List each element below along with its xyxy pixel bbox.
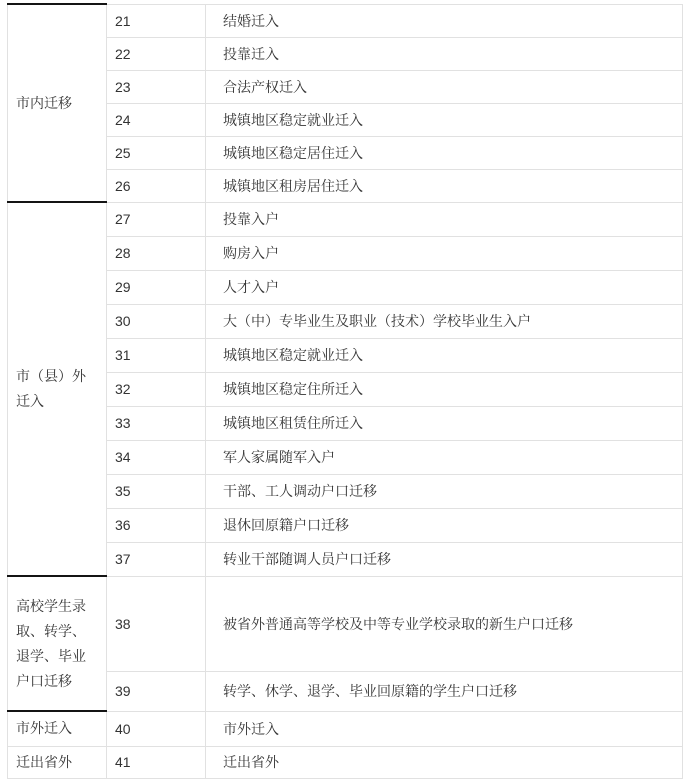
table-row: 29 人才入户 <box>8 270 683 304</box>
table-row: 35 干部、工人调动户口迁移 <box>8 474 683 508</box>
row-description: 合法产权迁入 <box>206 70 683 103</box>
row-description: 干部、工人调动户口迁移 <box>206 474 683 508</box>
row-description: 投靠入户 <box>206 202 683 236</box>
category-cell: 市（县）外迁入 <box>8 202 107 576</box>
row-description: 人才入户 <box>206 270 683 304</box>
table-row: 24 城镇地区稳定就业迁入 <box>8 103 683 136</box>
household-migration-table: 市内迁移 21 结婚迁入 22 投靠迁入 23 合法产权迁入 24 城镇地区稳定… <box>7 3 683 779</box>
row-description: 城镇地区稳定居住迁入 <box>206 136 683 169</box>
row-number: 25 <box>107 136 206 169</box>
row-number: 23 <box>107 70 206 103</box>
row-number: 30 <box>107 304 206 338</box>
row-number: 24 <box>107 103 206 136</box>
row-number: 35 <box>107 474 206 508</box>
category-cell: 市外迁入 <box>8 711 107 746</box>
table-row: 迁出省外 41 迁出省外 <box>8 746 683 778</box>
row-description: 城镇地区稳定就业迁入 <box>206 103 683 136</box>
row-number: 28 <box>107 236 206 270</box>
row-number: 40 <box>107 711 206 746</box>
row-description: 退休回原籍户口迁移 <box>206 508 683 542</box>
table-row: 30 大（中）专毕业生及职业（技术）学校毕业生入户 <box>8 304 683 338</box>
table-row: 33 城镇地区租赁住所迁入 <box>8 406 683 440</box>
row-description: 结婚迁入 <box>206 4 683 37</box>
row-number: 26 <box>107 169 206 202</box>
row-number: 38 <box>107 576 206 671</box>
table-row: 32 城镇地区稳定住所迁入 <box>8 372 683 406</box>
table-row: 26 城镇地区租房居住迁入 <box>8 169 683 202</box>
table-row: 22 投靠迁入 <box>8 37 683 70</box>
table-row: 31 城镇地区稳定就业迁入 <box>8 338 683 372</box>
row-number: 29 <box>107 270 206 304</box>
category-cell: 迁出省外 <box>8 746 107 778</box>
table-row: 36 退休回原籍户口迁移 <box>8 508 683 542</box>
table-row: 25 城镇地区稳定居住迁入 <box>8 136 683 169</box>
table-row: 市（县）外迁入 27 投靠入户 <box>8 202 683 236</box>
row-description: 投靠迁入 <box>206 37 683 70</box>
row-number: 36 <box>107 508 206 542</box>
row-description: 被省外普通高等学校及中等专业学校录取的新生户口迁移 <box>206 576 683 671</box>
table-row: 28 购房入户 <box>8 236 683 270</box>
row-description: 转业干部随调人员户口迁移 <box>206 542 683 576</box>
row-description: 购房入户 <box>206 236 683 270</box>
table-row: 23 合法产权迁入 <box>8 70 683 103</box>
row-number: 21 <box>107 4 206 37</box>
table-row: 市内迁移 21 结婚迁入 <box>8 4 683 37</box>
page: 市内迁移 21 结婚迁入 22 投靠迁入 23 合法产权迁入 24 城镇地区稳定… <box>0 0 689 781</box>
row-number: 34 <box>107 440 206 474</box>
row-number: 37 <box>107 542 206 576</box>
row-number: 32 <box>107 372 206 406</box>
row-description: 城镇地区稳定住所迁入 <box>206 372 683 406</box>
table-row: 高校学生录取、转学、退学、毕业户口迁移 38 被省外普通高等学校及中等专业学校录… <box>8 576 683 671</box>
row-number: 27 <box>107 202 206 236</box>
table-row: 市外迁入 40 市外迁入 <box>8 711 683 746</box>
row-description: 城镇地区租房居住迁入 <box>206 169 683 202</box>
row-description: 转学、休学、退学、毕业回原籍的学生户口迁移 <box>206 671 683 711</box>
row-number: 31 <box>107 338 206 372</box>
row-description: 迁出省外 <box>206 746 683 778</box>
table-row: 39 转学、休学、退学、毕业回原籍的学生户口迁移 <box>8 671 683 711</box>
row-description: 城镇地区租赁住所迁入 <box>206 406 683 440</box>
row-description: 市外迁入 <box>206 711 683 746</box>
category-cell: 市内迁移 <box>8 4 107 202</box>
table-row: 37 转业干部随调人员户口迁移 <box>8 542 683 576</box>
row-number: 39 <box>107 671 206 711</box>
category-cell: 高校学生录取、转学、退学、毕业户口迁移 <box>8 576 107 711</box>
row-description: 大（中）专毕业生及职业（技术）学校毕业生入户 <box>206 304 683 338</box>
table-row: 34 军人家属随军入户 <box>8 440 683 474</box>
row-number: 33 <box>107 406 206 440</box>
row-description: 军人家属随军入户 <box>206 440 683 474</box>
row-number: 22 <box>107 37 206 70</box>
row-number: 41 <box>107 746 206 778</box>
row-description: 城镇地区稳定就业迁入 <box>206 338 683 372</box>
